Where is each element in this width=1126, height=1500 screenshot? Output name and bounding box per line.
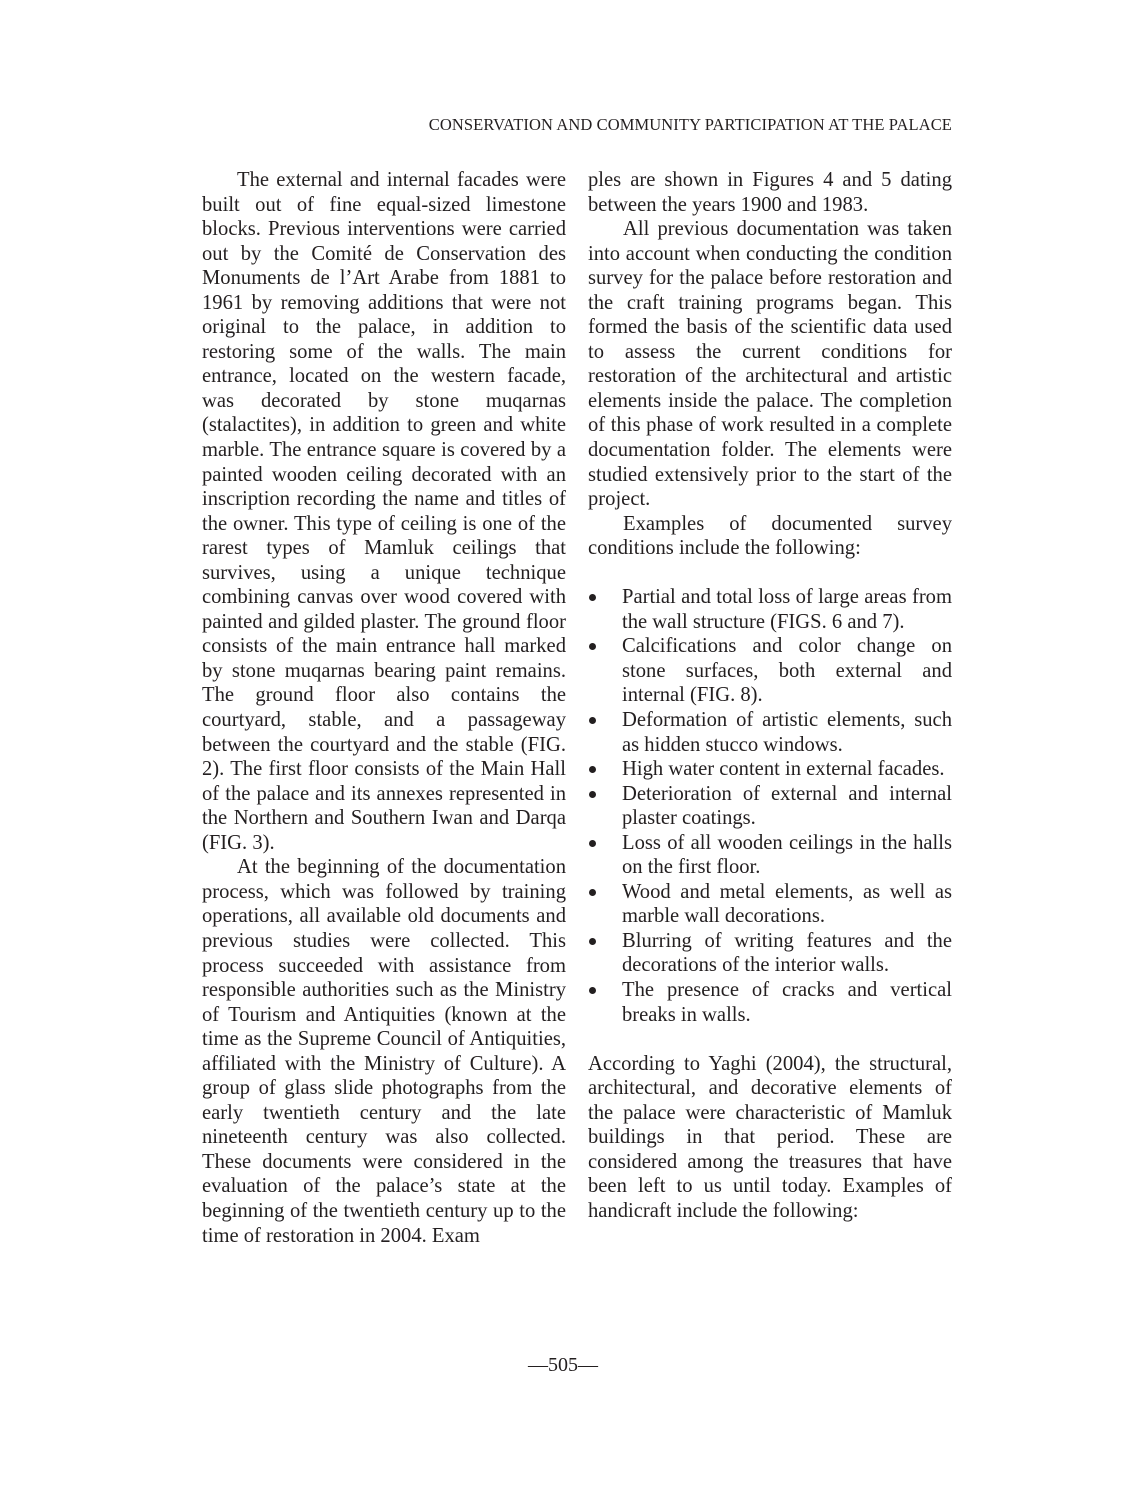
list-item: Partial and total loss of large areas fr… [588, 585, 952, 634]
bullet-icon [589, 840, 596, 847]
list-item-text: Partial and total loss of large areas fr… [622, 586, 952, 633]
bullet-icon [589, 791, 596, 798]
list-item-text: Loss of all wooden ceilings in the halls… [622, 832, 952, 879]
body-paragraph: Examples of documented survey conditions… [588, 512, 952, 561]
list-item: Deterioration of external and inter­nal … [588, 782, 952, 831]
list-item: Loss of all wooden ceilings in the halls… [588, 831, 952, 880]
list-item: The presence of cracks and vertical brea… [588, 978, 952, 1027]
list-item: Deformation of artistic elements, such a… [588, 708, 952, 757]
body-paragraph: All previous documentation was taken int… [588, 217, 952, 512]
list-item-text: Wood and metal elements, as well as marb… [622, 881, 952, 928]
running-head-title: CONSERVATION AND COMMUNITY PARTICIPATION… [429, 115, 952, 135]
body-paragraph-continuation: ples are shown in Figures 4 and 5 dating… [588, 168, 952, 217]
body-paragraph: At the beginning of the documen­tation p… [202, 855, 566, 1248]
bullet-icon [589, 766, 596, 773]
page-number: —505— [0, 1354, 1126, 1377]
closing-paragraph: According to Yaghi (2004), the struc­tur… [588, 1052, 952, 1224]
list-item-text: The presence of cracks and vertical brea… [622, 979, 952, 1026]
list-item: Blurring of writing features and the dec… [588, 929, 952, 978]
list-item-text: Deformation of artistic elements, such a… [622, 709, 952, 756]
list-item: High water content in external facades. [588, 757, 952, 782]
right-column: ples are shown in Figures 4 and 5 dating… [588, 168, 952, 1223]
list-item: Wood and metal elements, as well as marb… [588, 880, 952, 929]
left-column: The external and internal facades were b… [202, 168, 566, 1248]
bullet-icon [589, 594, 596, 601]
list-item-text: Blurring of writing features and the dec… [622, 930, 952, 977]
bullet-icon [589, 717, 596, 724]
body-paragraph: The external and internal facades were b… [202, 168, 566, 855]
list-item-text: Calcifications and color change on stone… [622, 635, 952, 706]
list-item-text: High water content in external facades. [622, 758, 945, 780]
bullet-icon [589, 643, 596, 650]
list-item: Calcifications and color change on stone… [588, 634, 952, 708]
bullet-icon [589, 938, 596, 945]
bullet-icon [589, 987, 596, 994]
survey-conditions-list: Partial and total loss of large areas fr… [588, 585, 952, 1027]
bullet-icon [589, 889, 596, 896]
list-item-text: Deterioration of external and inter­nal … [622, 783, 952, 830]
